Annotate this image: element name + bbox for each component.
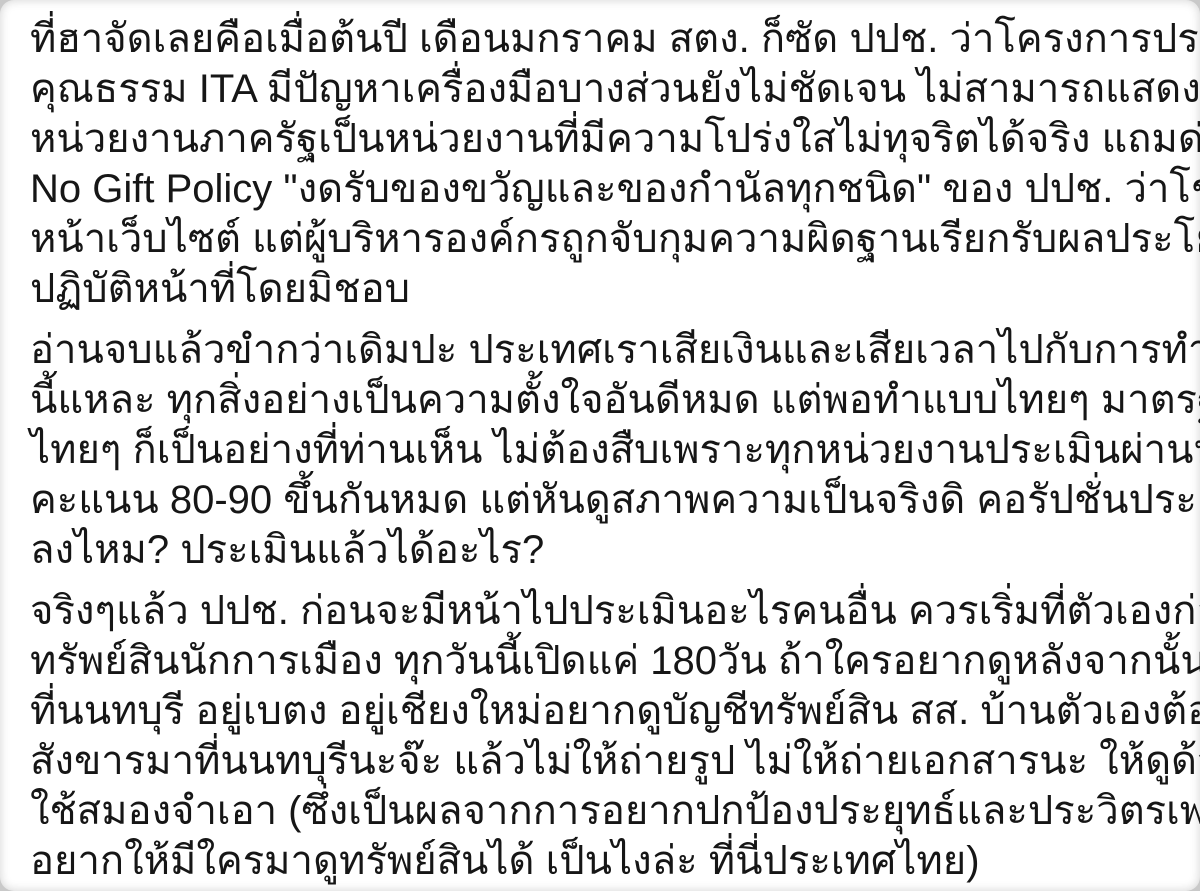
text-line: ลงไหม? ประเมินแล้วได้อะไร? [30,525,1180,575]
text-line: ทรัพย์สินนักการเมือง ทุกวันนี้เปิดแค่ 18… [30,636,1180,686]
text-line: ใช้สมองจำเอา (ซึ่งเป็นผลจากการอยากปกป้อง… [30,786,1180,836]
text-line: คุณธรรม ITA มีปัญหาเครื่องมือบางส่วนยังไ… [30,64,1180,114]
text-line: คะแนน 80-90 ขึ้นกันหมด แต่หันดูสภาพความเ… [30,475,1180,525]
text-line: หน้าเว็บไซต์ แต่ผู้บริหารองค์กรถูกจับกุม… [30,214,1180,264]
text-line: สังขารมาที่นนทบุรีนะจ๊ะ แล้วไม่ให้ถ่ายรู… [30,736,1180,786]
text-line: อ่านจบแล้วขำกว่าเดิมปะ ประเทศเราเสียเงิน… [30,325,1180,375]
text-line: อยากให้มีใครมาดูทรัพย์สินได้ เป็นไงล่ะ ท… [30,836,1180,886]
post-card: ที่ฮาจัดเลยคือเมื่อต้นปี เดือนมกราคม สตง… [0,0,1200,891]
text-line: ที่ฮาจัดเลยคือเมื่อต้นปี เดือนมกราคม สตง… [30,14,1180,64]
paragraph-1: ที่ฮาจัดเลยคือเมื่อต้นปี เดือนมกราคม สตง… [30,14,1180,314]
text-line: No Gift Policy "งดรับของขวัญและของกำนัลท… [30,164,1180,214]
text-line: ที่นนทบุรี อยู่เบตง อยู่เชียงใหม่อยากดูบ… [30,686,1180,736]
text-line: ปฏิบัติหน้าที่โดยมิชอบ [30,264,1180,314]
text-line: ไทยๆ ก็เป็นอย่างที่ท่านเห็น ไม่ต้องสืบเพ… [30,425,1180,475]
text-line: นี้แหละ ทุกสิ่งอย่างเป็นความตั้งใจอันดีห… [30,375,1180,425]
text-line: จริงๆแล้ว ปปช. ก่อนจะมีหน้าไปประเมินอะไร… [30,586,1180,636]
text-line: หน่วยงานภาครัฐเป็นหน่วยงานที่มีความโปร่ง… [30,114,1180,164]
paragraph-2: อ่านจบแล้วขำกว่าเดิมปะ ประเทศเราเสียเงิน… [30,325,1180,575]
paragraph-3: จริงๆแล้ว ปปช. ก่อนจะมีหน้าไปประเมินอะไร… [30,586,1180,886]
